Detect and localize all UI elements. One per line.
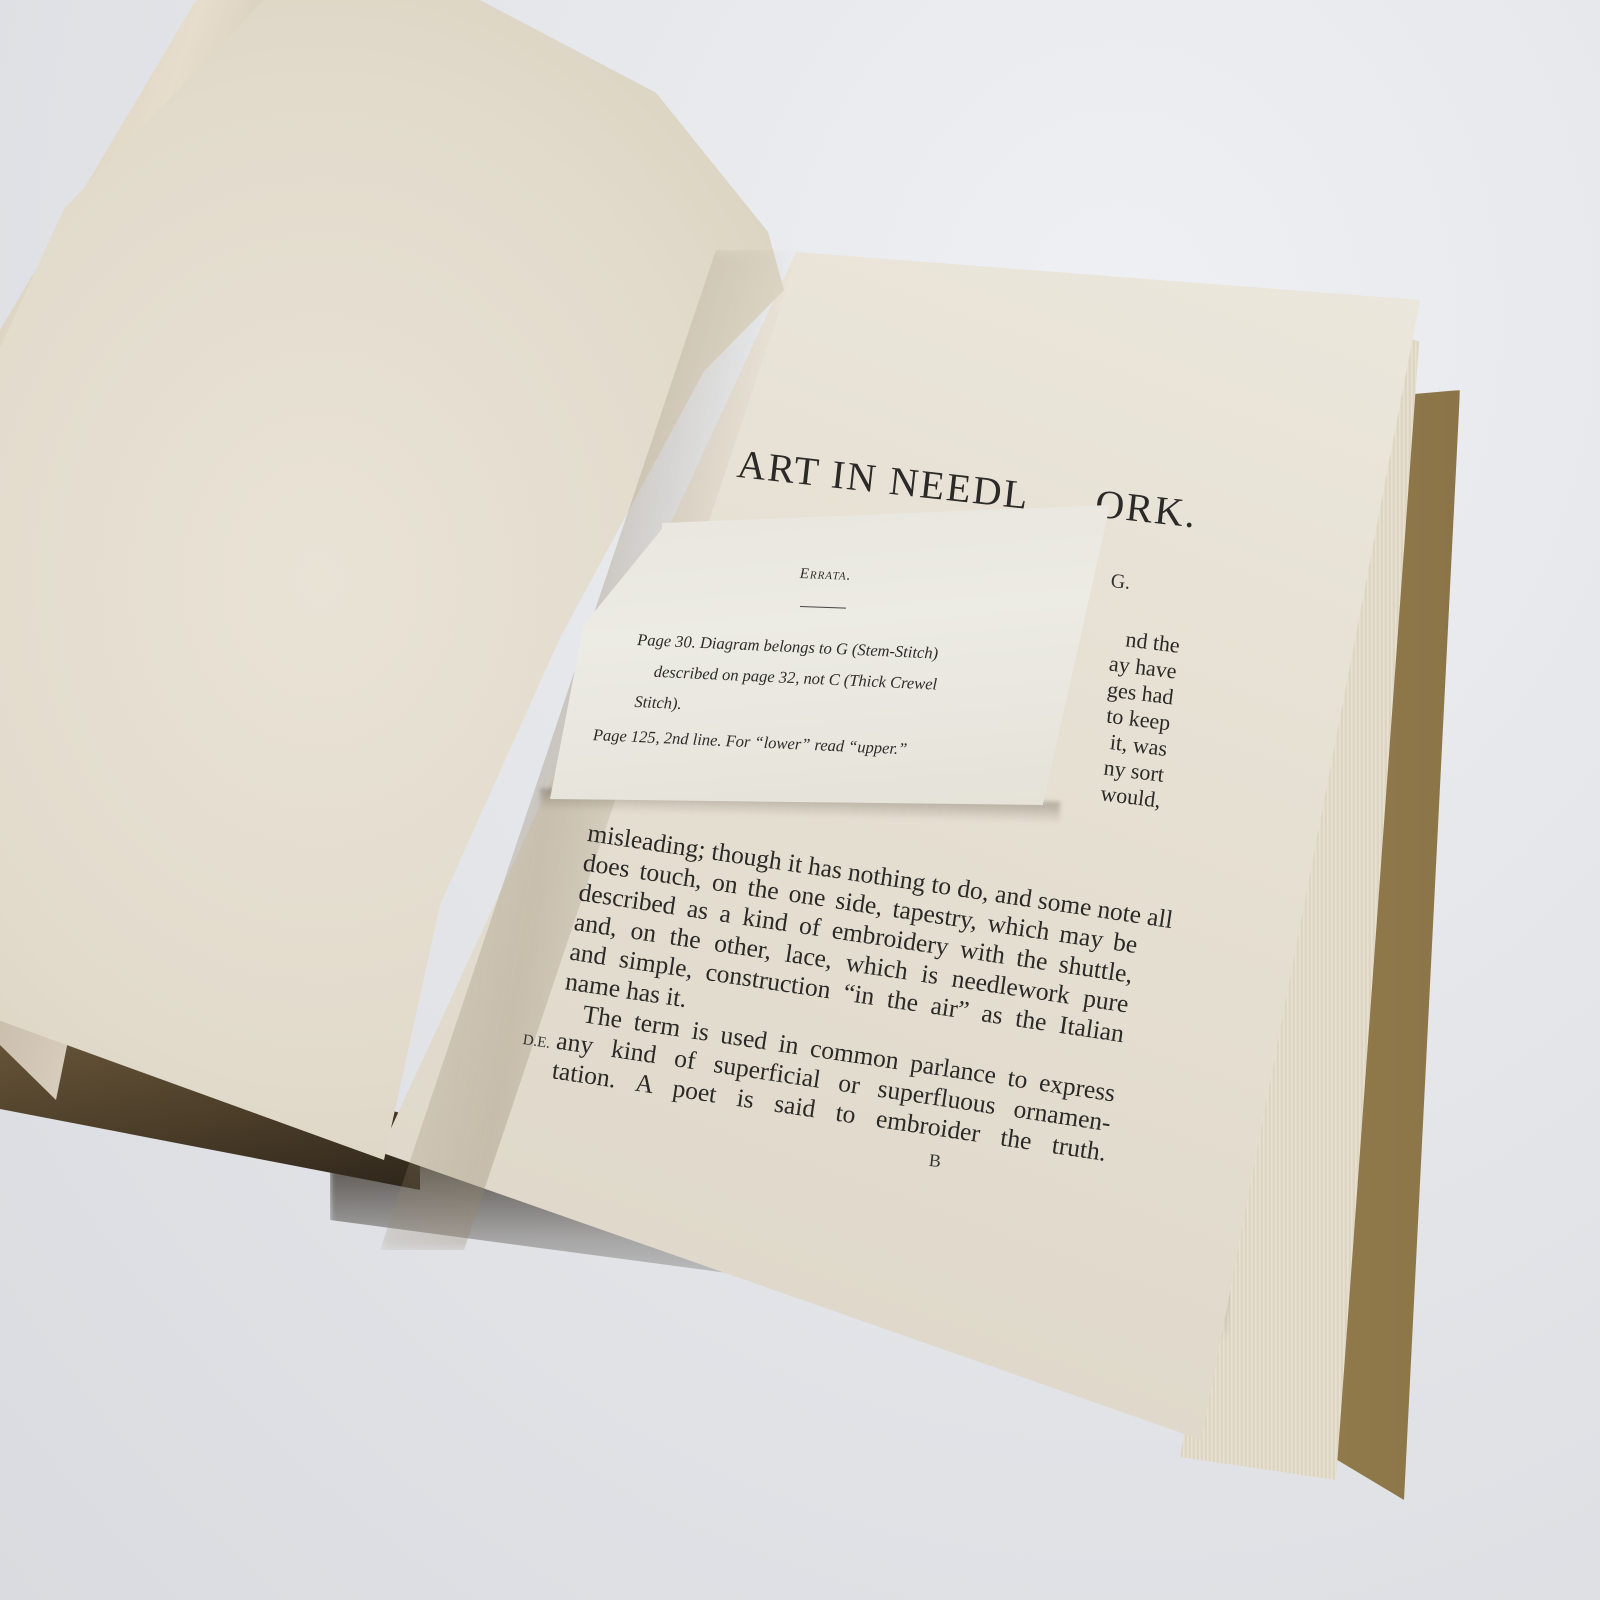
errata-heading: Errata. — [799, 566, 851, 585]
errata-entries: Page 30. Diagram belongs to G (Stem-Stit… — [632, 624, 1037, 770]
subtitle-fragment: G. — [1110, 570, 1132, 595]
folio-letter: B — [928, 1150, 942, 1172]
